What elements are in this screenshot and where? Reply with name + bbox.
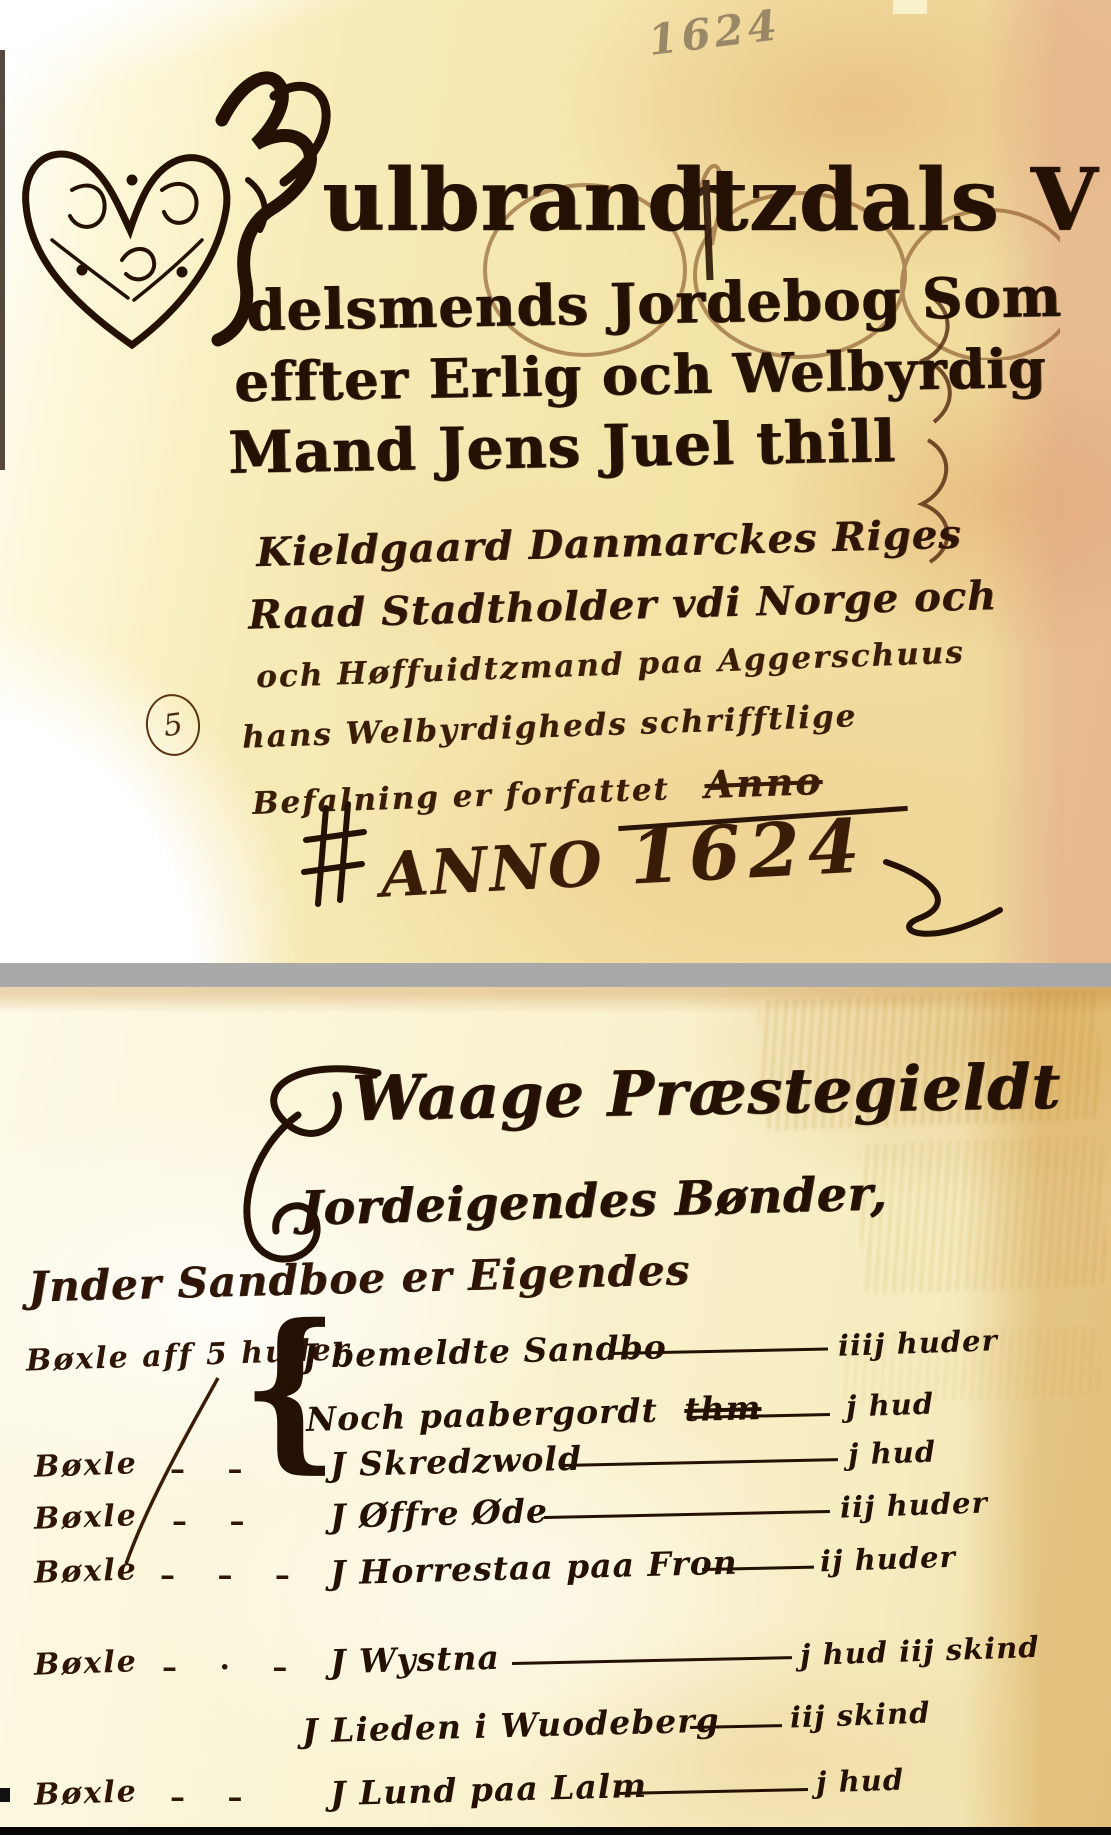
anno-word: ANNO	[379, 833, 605, 907]
section-subheading: Jordeigendes Bønder,	[299, 1170, 887, 1232]
ledger-item-name: J Skredzwold	[330, 1439, 583, 1485]
body-line-8: hans Welbyrdigheds schrifftlige	[242, 701, 858, 753]
group-brace: {	[242, 1308, 338, 1469]
manuscript-page-top: 1624	[0, 0, 1111, 963]
ledger-item-name: J Wystna	[330, 1638, 501, 1681]
ledger-item-value: iij skind	[789, 1696, 931, 1735]
page-separator-bar	[0, 963, 1111, 987]
ledger-item-value: iij huder	[839, 1485, 988, 1524]
page-left-edge	[0, 50, 5, 470]
line9-struck-word: Anno	[704, 758, 824, 807]
ledger-item-value: j hud	[847, 1434, 936, 1471]
title-line-6: Raad Stadtholder vdi Norge och	[248, 576, 998, 636]
title-line-3: effter Erlig och Welbyrdig	[234, 341, 1047, 409]
bleed-through-patch	[857, 1136, 1107, 1294]
body-line-7: och Høffuidtzmand paa Aggerschuus	[256, 638, 965, 694]
ledger-item-value: j hud	[815, 1762, 904, 1799]
pencil-year-annotation: 1624	[646, 0, 784, 65]
anno-year: 1624	[628, 809, 870, 895]
entry-label: Bøxle	[33, 1644, 138, 1683]
item-struck-word: thm	[684, 1388, 762, 1429]
parish-heading: Waage Præstegieldt	[352, 1056, 1062, 1130]
entry-label: Bøxle	[33, 1552, 138, 1591]
entry-dashes: – – –	[160, 1558, 306, 1593]
title-line-2: delsmends Jordebog Som	[246, 269, 1063, 339]
anno-year-line: ANNO 1624	[378, 809, 869, 908]
entry-dashes: – –	[170, 1452, 258, 1487]
scan-corner-mark	[0, 1788, 10, 1802]
entry-label: Bøxle	[33, 1498, 138, 1537]
ledger-item-name: J Øffre Øde	[330, 1491, 549, 1536]
ledger-item-value: j hud	[845, 1386, 934, 1423]
entry-label: Bøxle	[33, 1774, 138, 1813]
title-line-1: ulbrandtzdals V	[322, 158, 1098, 244]
entry-label: Bøxle	[33, 1446, 138, 1485]
anno-flourish-mark	[300, 800, 370, 910]
entry-dashes: – · –	[162, 1650, 303, 1685]
page-top-notch	[893, 0, 927, 14]
manuscript-scan: 1624	[0, 0, 1111, 1835]
ledger-item-value: ij huder	[819, 1540, 956, 1579]
entry-dashes: – –	[172, 1504, 260, 1539]
scan-bottom-edge	[0, 1827, 1111, 1835]
entry-dashes: – –	[170, 1780, 258, 1815]
folio-number: 5	[161, 706, 185, 743]
folio-number-circle: 5	[142, 691, 204, 760]
ledger-item-name: J Lund paa Lalm	[330, 1766, 648, 1813]
title-line-4: Mand Jens Juel thill	[228, 412, 897, 482]
title-line-5: Kieldgaard Danmarckes Riges	[256, 515, 963, 573]
year-tail-flourish	[872, 852, 1022, 957]
ledger-item-value: iiij huder	[837, 1323, 998, 1363]
